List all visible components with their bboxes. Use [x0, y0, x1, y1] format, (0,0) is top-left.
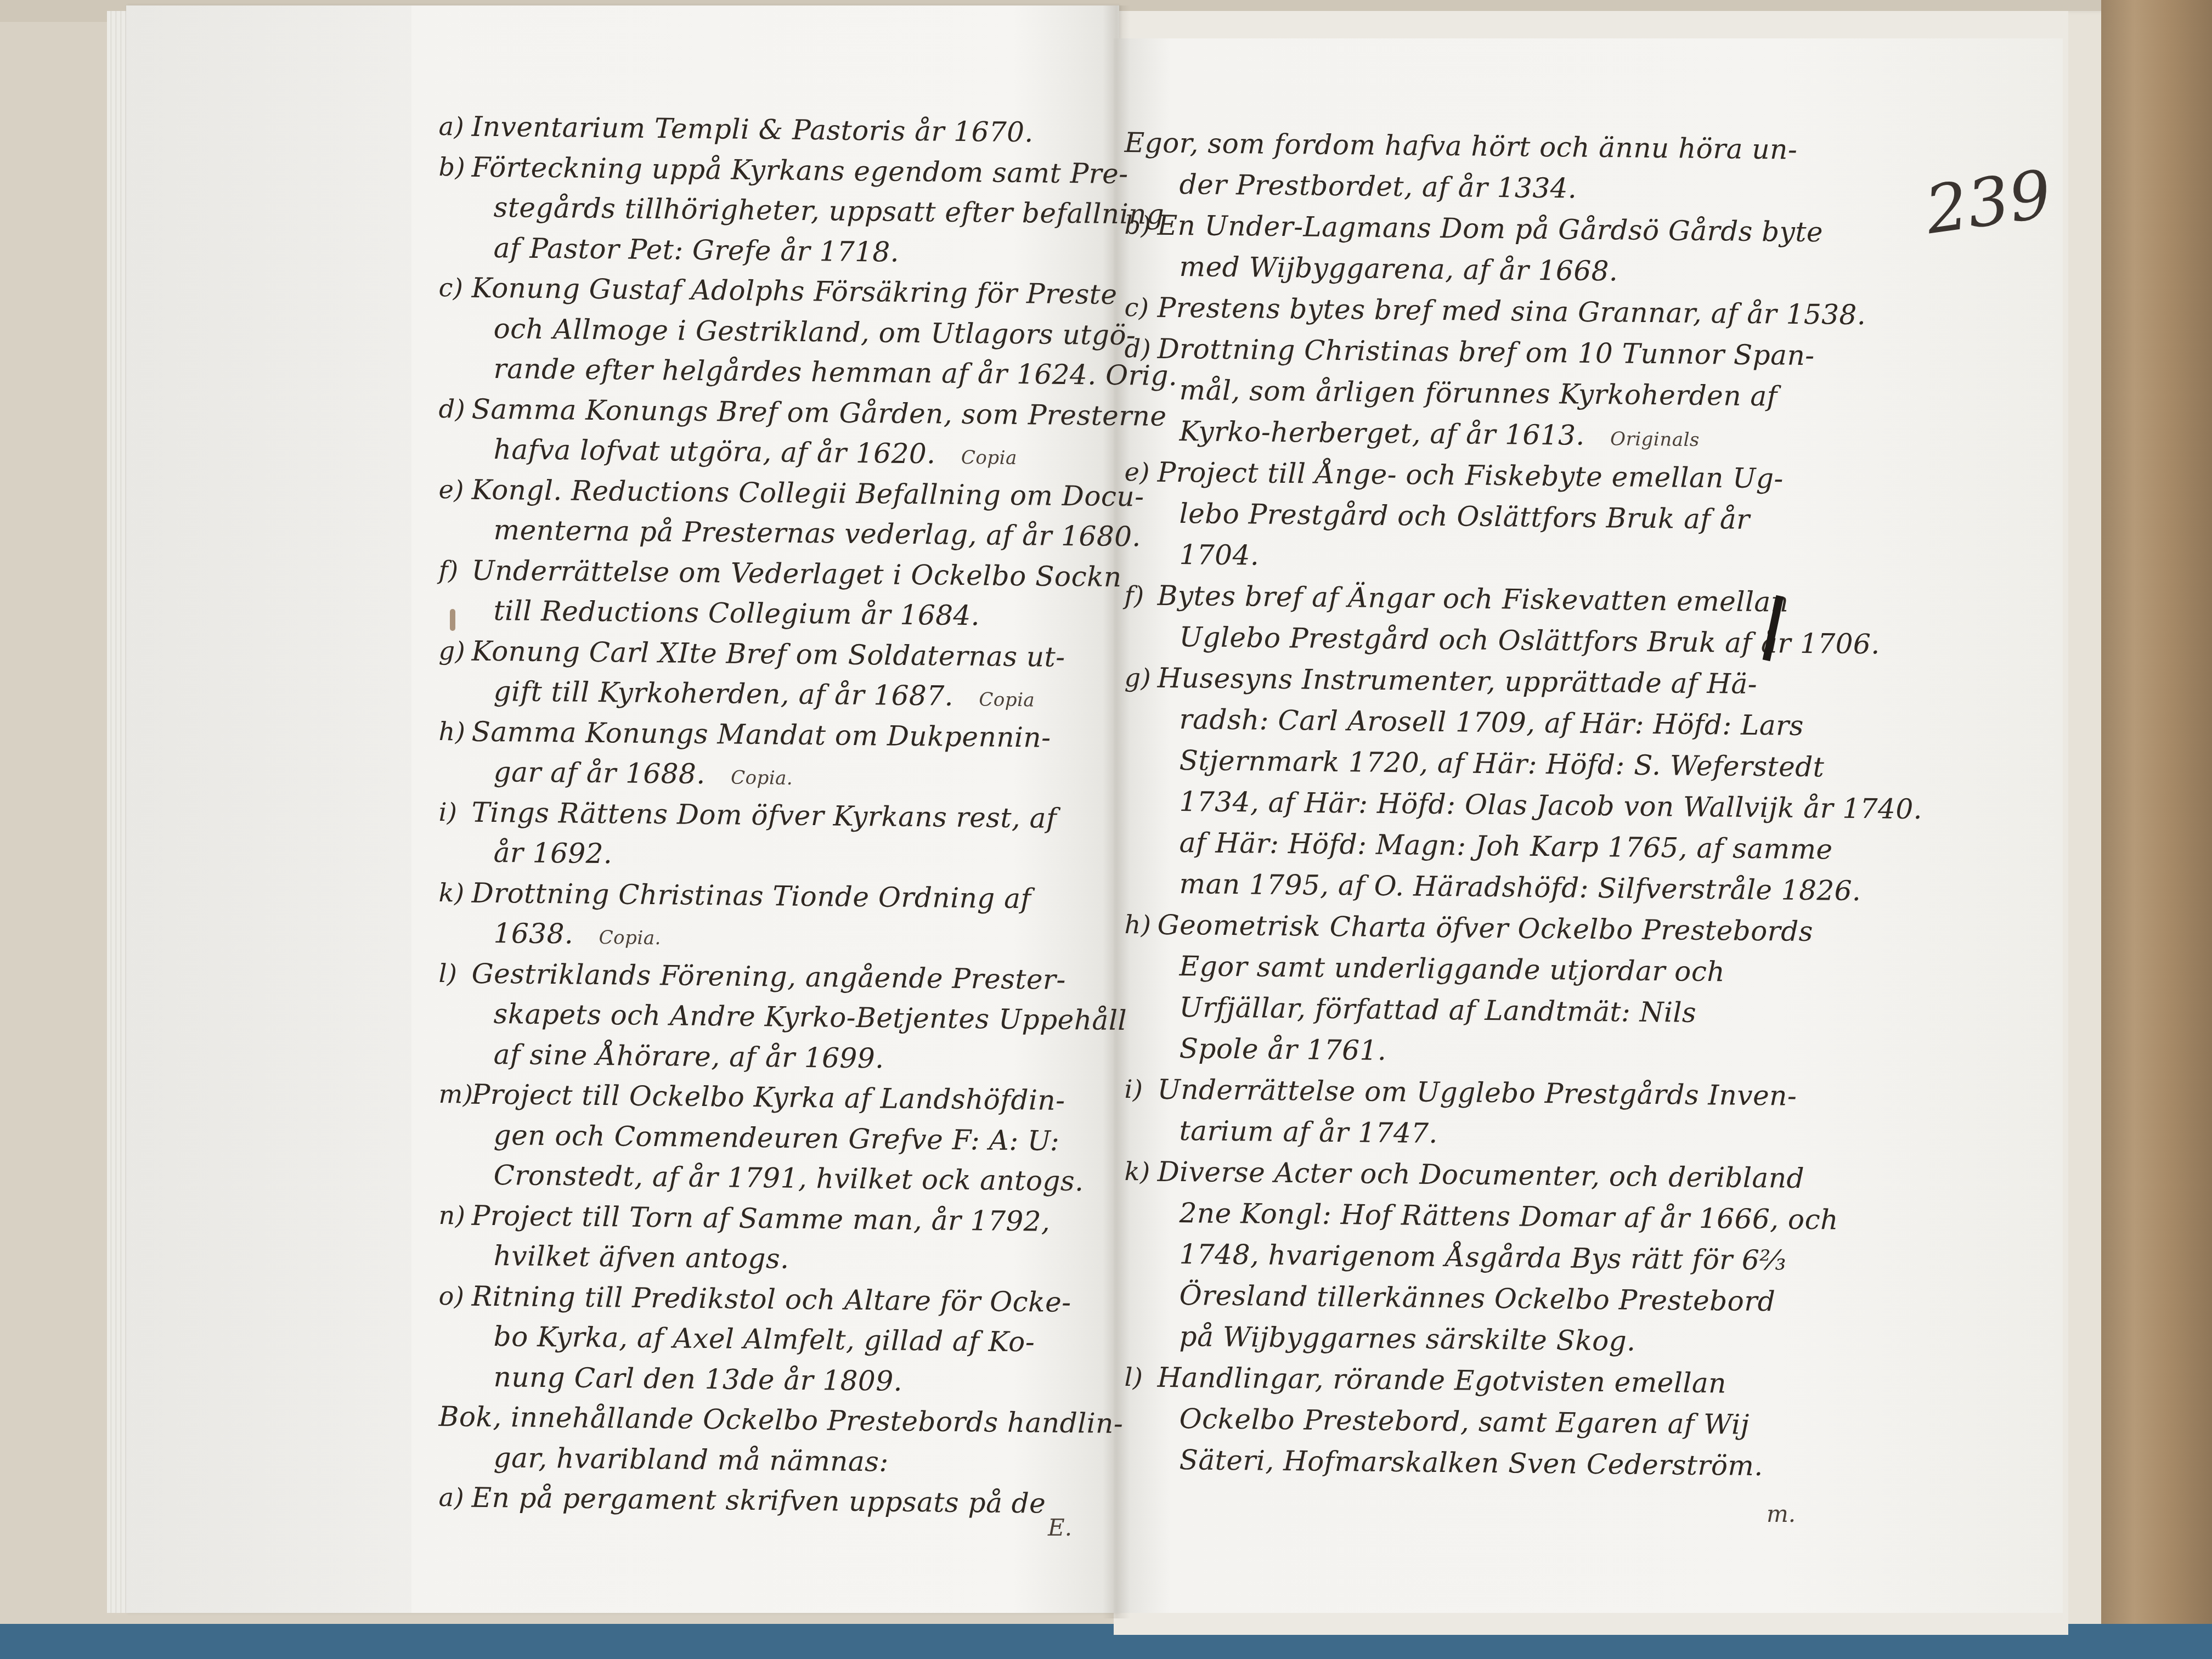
item-letter-mark: h) [438, 715, 465, 748]
line-text: med Wijbyggarena, af år 1668. [1179, 250, 1618, 287]
line-text: till Reductions Collegium år 1684. [493, 594, 980, 632]
copy-note: Copia. [731, 767, 793, 789]
item-letter-mark: a) [438, 110, 464, 143]
line-text: lebo Prestgård och Oslättfors Bruk af år [1179, 497, 1750, 536]
line-text: Konung Gustaf Adolphs Försäkring för Pre… [471, 272, 1117, 311]
line-text: Underrättelse om Ugglebo Prestgårds Inve… [1157, 1073, 1797, 1113]
item-letter-mark: k) [1124, 1155, 1150, 1188]
item-letter-mark: d) [438, 392, 465, 426]
line-text: Underrättelse om Vederlaget i Ockelbo So… [471, 554, 1122, 593]
line-text: hvilket äfven antogs. [493, 1239, 789, 1276]
item-letter-mark: i) [1124, 1073, 1143, 1105]
line-text: Geometrisk Charta öfver Ockelbo Prestebo… [1157, 909, 1813, 949]
line-text: af sine Åhörare, af år 1699. [493, 1038, 884, 1075]
ink-stain [450, 609, 455, 631]
right-page-signature-mark: m. [1767, 1500, 1796, 1527]
line-text: Spole år 1761. [1179, 1032, 1386, 1067]
line-text: Drottning Christinas Tionde Ordning af [471, 876, 1031, 915]
item-letter-mark: l) [438, 957, 457, 990]
item-letter-mark: n) [438, 1199, 465, 1232]
line-text: Säteri, Hofmarskalken Sven Cederström. [1179, 1443, 1763, 1482]
line-text: Kongl. Reductions Collegii Befallning om… [471, 473, 1144, 513]
item-letter-mark: b) [1124, 208, 1151, 242]
line-text: gar, hvaribland må nämnas: [493, 1441, 889, 1479]
item-letter-mark: c) [1124, 291, 1149, 324]
line-text: skapets och Andre Kyrko-Betjentes Uppehå… [493, 997, 1127, 1037]
line-text: Diverse Acter och Documenter, och deribl… [1157, 1155, 1804, 1195]
line-text: Stjernmark 1720, af Här: Höfd: S. Wefers… [1179, 744, 1824, 783]
item-letter-mark: i) [438, 795, 457, 828]
line-text: Project till Torn af Samme man, år 1792, [471, 1199, 1050, 1238]
item-letter-mark: g) [438, 634, 465, 668]
line-text: Inventarium Templi & Pastoris år 1670. [471, 110, 1034, 149]
line-text: stegårds tillhörigheter, uppsatt efter b… [493, 191, 1164, 231]
copy-note: Copia. [599, 927, 661, 949]
item-letter-mark: g) [1124, 661, 1151, 695]
line-text: och Allmoge i Gestrikland, om Utlagors u… [493, 312, 1136, 352]
line-text: Urfjällar, författad af Landtmät: Nils [1179, 991, 1696, 1029]
line-text: gift till Kyrkoherden, af år 1687. Copia [493, 675, 1035, 716]
line-text: Egor samt underliggande utjordar och [1179, 950, 1725, 988]
line-text: nung Carl den 13de år 1809. [493, 1361, 902, 1398]
line-text: Kyrko-herberget, af år 1613. Originals [1179, 415, 1700, 456]
line-text: En på pergament skrifven uppsats på de [471, 1481, 1046, 1520]
item-letter-mark: a) [438, 1481, 464, 1514]
line-text: menterna på Presternas vederlag, af år 1… [493, 513, 1141, 553]
line-text: 1638. Copia. [493, 917, 661, 955]
line-text: Öresland tillerkännes Ockelbo Prestebord [1179, 1279, 1775, 1318]
line-text: hafva lofvat utgöra, af år 1620. Copia [493, 433, 1017, 475]
line-text: Ockelbo Prestebord, samt Egaren af Wij [1179, 1402, 1750, 1441]
line-text: gen och Commendeuren Grefve F: A: U: [493, 1119, 1059, 1158]
line-text: Handlingar, rörande Egotvisten emellan [1157, 1361, 1726, 1400]
item-letter-mark: o) [438, 1279, 464, 1312]
line-text: Project till Ånge- och Fiskebyte emellan… [1157, 456, 1784, 495]
line-text: mål, som årligen förunnes Kyrkoherden af [1179, 374, 1778, 413]
item-letter-mark: f) [438, 554, 459, 586]
item-letter-mark: c) [438, 271, 463, 304]
item-letter-mark: m) [438, 1077, 473, 1111]
line-text: Drottning Christinas bref om 10 Tunnor S… [1157, 332, 1815, 373]
line-text: år 1692. [493, 836, 612, 870]
line-text: 2ne Kongl: Hof Rättens Domar af år 1666,… [1179, 1197, 1838, 1237]
line-text: tarium af år 1747. [1179, 1114, 1438, 1150]
line-text: 1748, hvarigenom Åsgårda Bys rätt för 6⅔ [1179, 1238, 1786, 1277]
item-letter-mark: d) [1124, 332, 1151, 365]
line-text: af Pastor Pet: Grefe år 1718. [493, 232, 899, 269]
line-text: Husesyns Instrumenter, upprättade af Hä- [1157, 662, 1757, 701]
line-text: Egor, som fordom hafva hört och ännu hör… [1124, 126, 1797, 166]
line-text: Förteckning uppå Kyrkans egendom samt Pr… [471, 150, 1128, 190]
line-text: Project till Ockelbo Kyrka af Landshöfdi… [471, 1078, 1065, 1117]
line-text: Cronstedt, af år 1791, hvilket ock antog… [493, 1159, 1084, 1198]
line-text: gar af år 1688. Copia. [493, 755, 793, 795]
item-letter-mark: e) [1124, 455, 1150, 488]
left-page-signature-mark: E. [1048, 1514, 1072, 1541]
line-text: Ritning till Predikstol och Altare för O… [471, 1279, 1071, 1318]
line-text: på Wijbyggarnes särskilte Skog. [1179, 1320, 1636, 1358]
item-letter-mark: l) [1124, 1361, 1143, 1393]
item-letter-mark: f) [1124, 579, 1144, 612]
item-letter-mark: b) [438, 150, 465, 184]
line-text: Samma Konungs Bref om Gården, som Preste… [471, 392, 1166, 432]
line-text: bo Kyrka, af Axel Almfelt, gillad af Ko- [493, 1320, 1035, 1358]
line-text: Samma Konungs Mandat om Dukpennin- [471, 715, 1051, 754]
line-text: Gestriklands Förening, angående Prester- [471, 957, 1066, 996]
copy-note: Originals [1610, 428, 1700, 451]
item-letter-mark: k) [438, 876, 464, 909]
archive-box-edge [2101, 0, 2212, 1659]
line-text: af Här: Höfd: Magn: Joh Karp 1765, af sa… [1179, 826, 1833, 866]
line-text: 1704. [1179, 538, 1259, 572]
line-text: Konung Carl XIte Bref om Soldaternas ut- [471, 634, 1065, 673]
item-letter-mark: h) [1124, 908, 1151, 941]
item-letter-mark: e) [438, 473, 464, 506]
line-text: En Under-Lagmans Dom på Gårdsö Gårds byt… [1157, 209, 1823, 249]
copy-note: Copia [961, 447, 1017, 469]
copy-note: Copia [979, 689, 1035, 711]
line-text: Bytes bref af Ängar och Fiskevatten emel… [1157, 579, 1788, 619]
line-text: der Prestbordet, af år 1334. [1179, 168, 1577, 205]
line-text: Tings Rättens Dom öfver Kyrkans rest, af [471, 795, 1057, 834]
line-text: radsh: Carl Arosell 1709, af Här: Höfd: … [1179, 703, 1804, 742]
